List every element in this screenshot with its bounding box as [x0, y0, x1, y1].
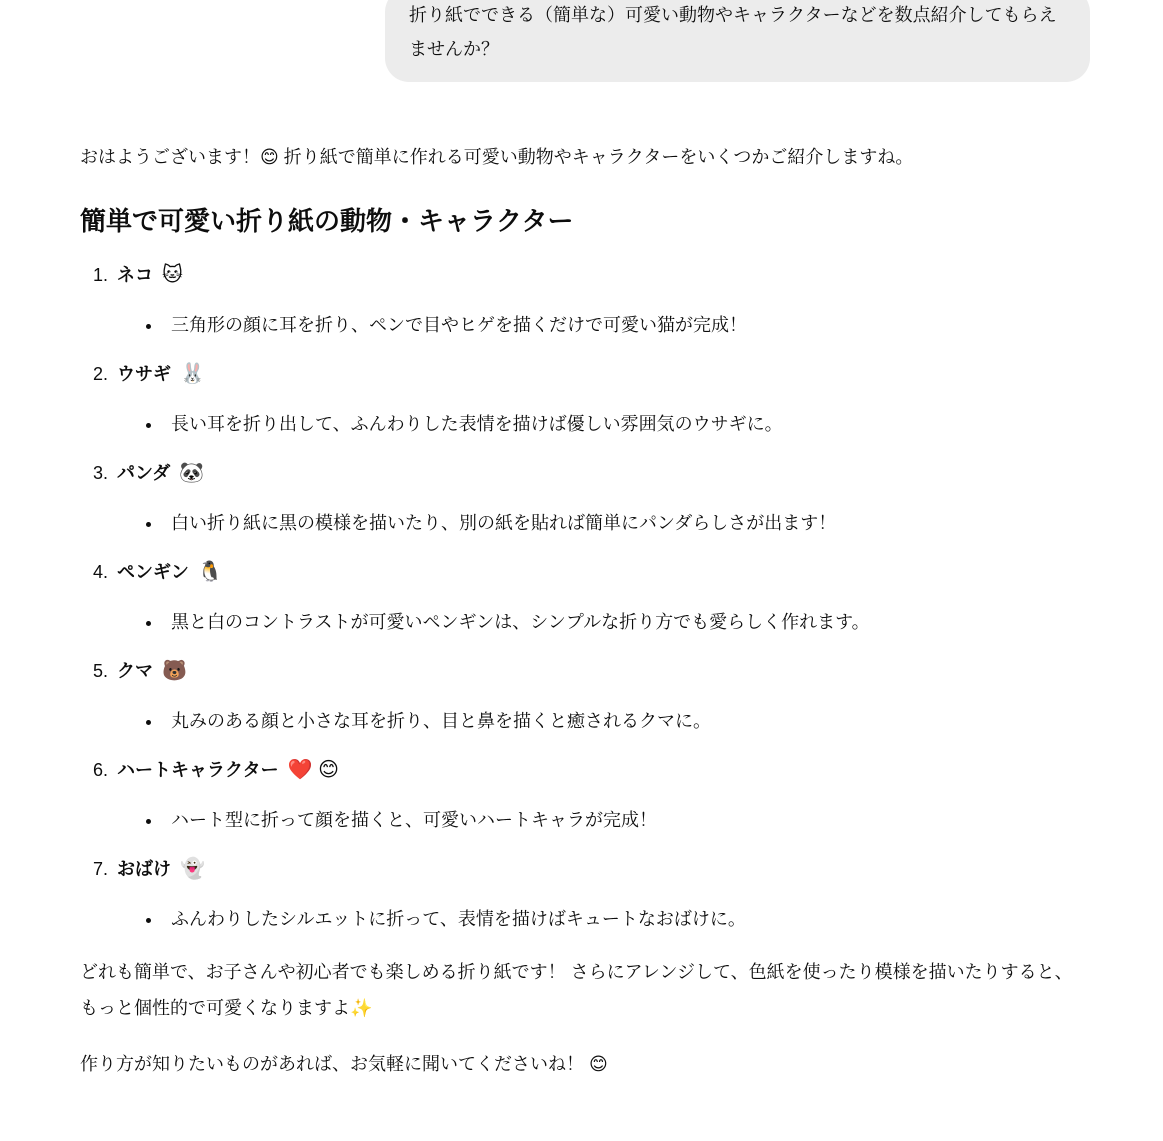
chat-page: 折り紙でできる（簡単な）可愛い動物やキャラクターなどを数点紹介してもらえませんか… [0, 0, 1163, 1122]
panda-emoji: 🐼 [179, 462, 204, 484]
list-item: 2.ウサギ🐰 長い耳を折り出して、ふんわりした表情を描けば優しい雰囲気のウサギに… [117, 360, 1090, 438]
list-item: 7.おばけ👻 ふんわりしたシルエットに折って、表情を描けばキュートなおばけに。 [117, 855, 1090, 933]
origami-list: 1.ネコ🐱 三角形の顔に耳を折り、ペンで目やヒゲを描くだけで可愛い猫が完成！ 2… [80, 261, 1090, 933]
item-number: 2. [80, 360, 108, 388]
item-title-row: 4.ペンギン🐧 [117, 558, 1090, 586]
item-title: クマ [117, 661, 153, 681]
section-heading: 簡単で可愛い折り紙の動物・キャラクター [80, 205, 1090, 237]
item-desc-list: 白い折り紙に黒の模様を描いたり、別の紙を貼れば簡単にパンダらしさが出ます！ [117, 509, 1090, 537]
item-title-row: 1.ネコ🐱 [117, 261, 1090, 289]
item-desc-list: ハート型に折って顔を描くと、可愛いハートキャラが完成！ [117, 806, 1090, 834]
item-desc-list: 黒と白のコントラストが可愛いペンギンは、シンプルな折り方でも愛らしく作れます。 [117, 608, 1090, 636]
item-number: 5. [80, 657, 108, 685]
item-title-row: 3.パンダ🐼 [117, 459, 1090, 487]
item-desc-list: 長い耳を折り出して、ふんわりした表情を描けば優しい雰囲気のウサギに。 [117, 410, 1090, 438]
list-item: 5.クマ🐻 丸みのある顔と小さな耳を折り、目と鼻を描くと癒されるクマに。 [117, 657, 1090, 735]
item-desc-list: 三角形の顔に耳を折り、ペンで目やヒゲを描くだけで可愛い猫が完成！ [117, 311, 1090, 339]
list-item: 4.ペンギン🐧 黒と白のコントラストが可愛いペンギンは、シンプルな折り方でも愛ら… [117, 558, 1090, 636]
penguin-emoji: 🐧 [198, 561, 223, 583]
item-title-row: 5.クマ🐻 [117, 657, 1090, 685]
item-number: 7. [80, 855, 108, 883]
item-title: ペンギン [117, 562, 189, 582]
item-description: ハート型に折って顔を描くと、可愛いハートキャラが完成！ [163, 806, 1090, 834]
item-number: 1. [80, 261, 108, 289]
heart-smile-emoji: ❤️ 😊 [288, 759, 339, 781]
item-description: 長い耳を折り出して、ふんわりした表情を描けば優しい雰囲気のウサギに。 [163, 410, 1090, 438]
rabbit-emoji: 🐰 [180, 363, 205, 385]
cat-emoji: 🐱 [162, 264, 183, 286]
list-item: 3.パンダ🐼 白い折り紙に黒の模様を描いたり、別の紙を貼れば簡単にパンダらしさが… [117, 459, 1090, 537]
item-desc-list: 丸みのある顔と小さな耳を折り、目と鼻を描くと癒されるクマに。 [117, 707, 1090, 735]
item-description: ふんわりしたシルエットに折って、表情を描けばキュートなおばけに。 [163, 905, 1090, 933]
item-title-row: 7.おばけ👻 [117, 855, 1090, 883]
item-description: 丸みのある顔と小さな耳を折り、目と鼻を描くと癒されるクマに。 [163, 707, 1090, 735]
item-description: 白い折り紙に黒の模様を描いたり、別の紙を貼れば簡単にパンダらしさが出ます！ [163, 509, 1090, 537]
bear-emoji: 🐻 [162, 660, 187, 682]
followup-paragraph: 作り方が知りたいものがあれば、お気軽に聞いてくださいね！ 😊 [80, 1046, 1090, 1082]
item-description: 黒と白のコントラストが可愛いペンギンは、シンプルな折り方でも愛らしく作れます。 [163, 608, 1090, 636]
item-title: ハートキャラクター [117, 760, 279, 780]
assistant-message: おはようございます！😊 折り紙で簡単に作れる可愛い動物やキャラクターをいくつかご… [80, 140, 1090, 1082]
item-number: 4. [80, 558, 108, 586]
item-title: パンダ [117, 463, 170, 483]
list-item: 6.ハートキャラクター❤️ 😊 ハート型に折って顔を描くと、可愛いハートキャラが… [117, 756, 1090, 834]
item-title: ネコ [117, 265, 153, 285]
item-description: 三角形の顔に耳を折り、ペンで目やヒゲを描くだけで可愛い猫が完成！ [163, 311, 1090, 339]
user-message-bubble: 折り紙でできる（簡単な）可愛い動物やキャラクターなどを数点紹介してもらえませんか… [385, 0, 1090, 82]
item-title-row: 6.ハートキャラクター❤️ 😊 [117, 756, 1090, 784]
ghost-emoji: 👻 [180, 858, 205, 880]
user-message-row: 折り紙でできる（簡単な）可愛い動物やキャラクターなどを数点紹介してもらえませんか… [80, 0, 1090, 82]
item-title: ウサギ [117, 364, 171, 384]
item-desc-list: ふんわりしたシルエットに折って、表情を描けばキュートなおばけに。 [117, 905, 1090, 933]
item-number: 6. [80, 756, 108, 784]
greeting-paragraph: おはようございます！😊 折り紙で簡単に作れる可愛い動物やキャラクターをいくつかご… [80, 140, 1090, 175]
item-title: おばけ [117, 859, 171, 879]
closing-paragraph: どれも簡単で、お子さんや初心者でも楽しめる折り紙です！ さらにアレンジして、色紙… [80, 954, 1090, 1026]
item-title-row: 2.ウサギ🐰 [117, 360, 1090, 388]
list-item: 1.ネコ🐱 三角形の顔に耳を折り、ペンで目やヒゲを描くだけで可愛い猫が完成！ [117, 261, 1090, 339]
item-number: 3. [80, 459, 108, 487]
